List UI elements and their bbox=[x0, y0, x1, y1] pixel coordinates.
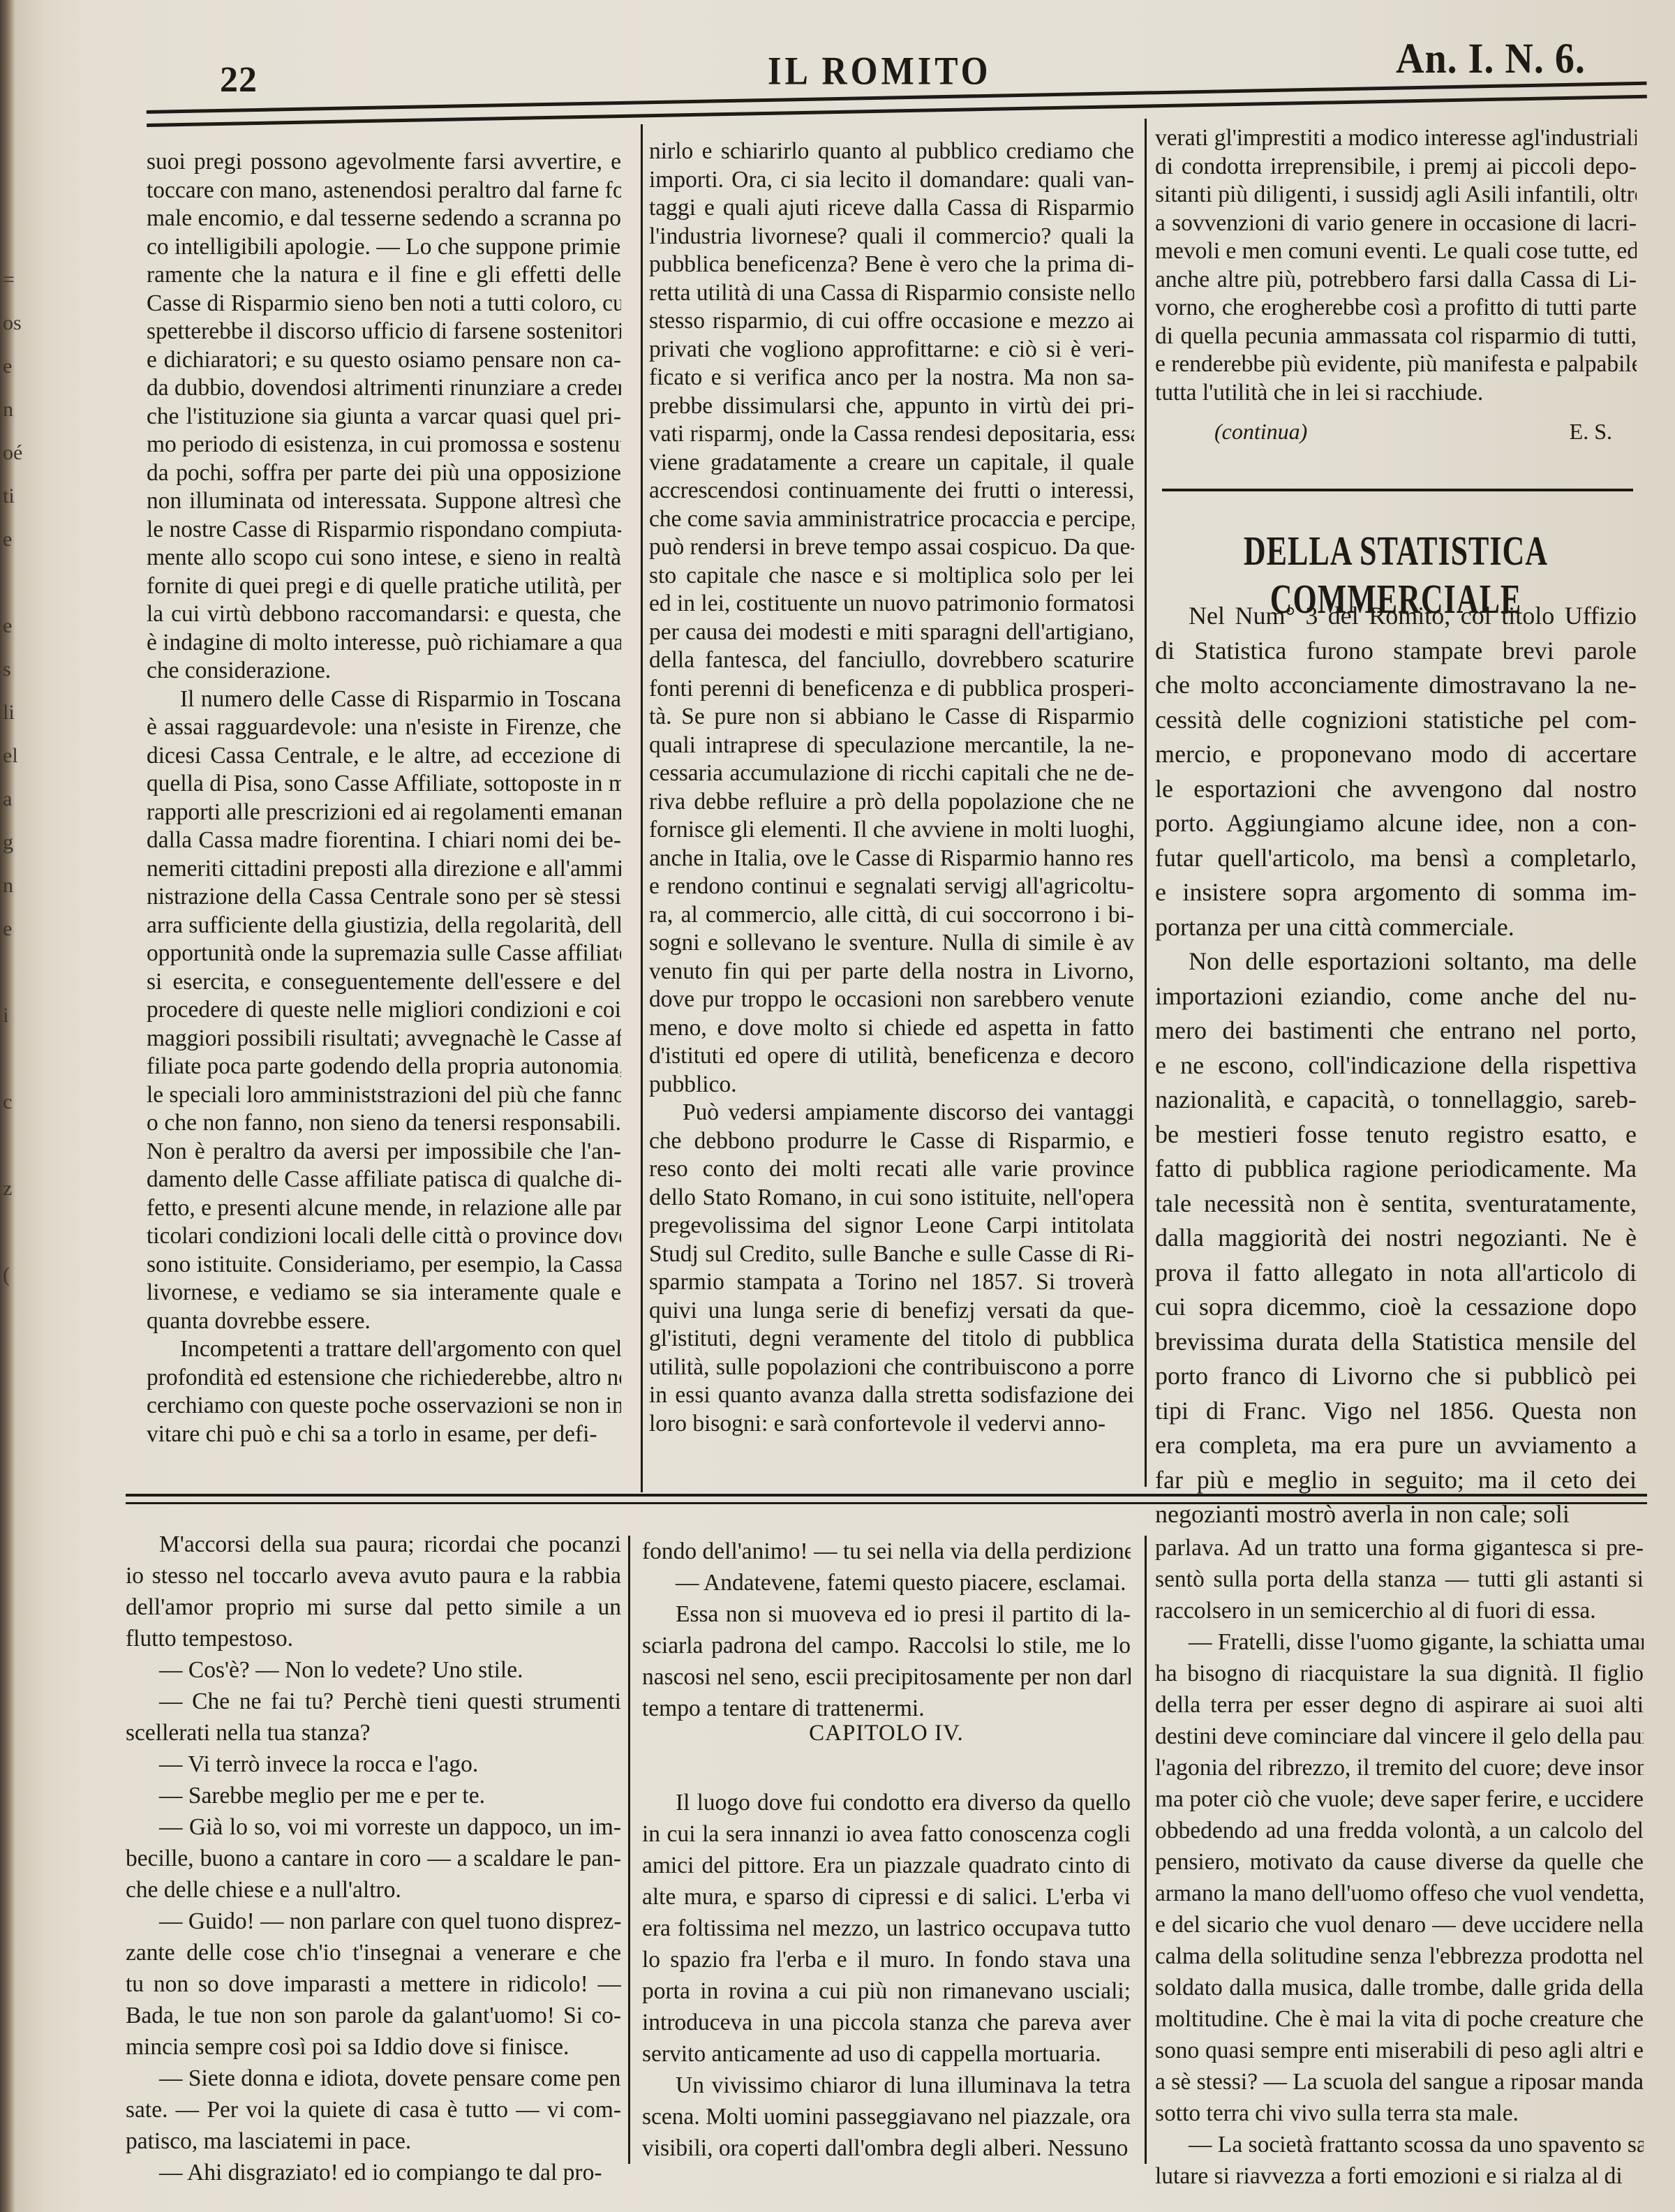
text-line: pubblica beneficenza? Bene è vero che la… bbox=[649, 251, 1134, 279]
text-line: viene gradatamente a creare un capitale,… bbox=[649, 449, 1134, 477]
text-line: rapporti alle prescrizioni ed ai regolam… bbox=[147, 799, 621, 827]
text-line: sotto terra chi vivo sulla terra sta mal… bbox=[1155, 2098, 1644, 2129]
text-line: che molto acconciamente dimostravano la … bbox=[1155, 668, 1637, 703]
text-line: ha bisogno di riacquistare la sua dignit… bbox=[1155, 1658, 1644, 1689]
text-line: damento delle Casse affiliate patisca di… bbox=[147, 1166, 621, 1194]
text-line: portanza per una città commerciale. bbox=[1155, 910, 1637, 945]
feuilleton-column-3: parlava. Ad un tratto una forma gigantes… bbox=[1155, 1532, 1644, 2192]
article-casse-column-1: suoi pregi possono agevolmente farsi avv… bbox=[147, 148, 621, 1448]
text-line: anche in Italia, ove le Casse di Risparm… bbox=[649, 845, 1134, 873]
text-line: mincia sempre così poi sa Iddio dove si … bbox=[126, 2031, 621, 2063]
adjacent-page-fragment: n bbox=[3, 388, 31, 431]
text-line: la cui virtù debbono raccomandarsi: e qu… bbox=[147, 600, 621, 629]
text-line: reso conto dei molti recati alle varie p… bbox=[649, 1155, 1134, 1184]
text-line: tà. Se pure non si abbiano le Casse di R… bbox=[649, 703, 1134, 732]
text-line: fornite di quei pregi e di quelle pratic… bbox=[147, 572, 621, 601]
text-line: d'istituti ed opere di utilità, benefice… bbox=[649, 1042, 1134, 1071]
adjacent-page-fragment bbox=[3, 561, 31, 604]
text-line: verati gl'imprestiti a modico interesse … bbox=[1155, 124, 1637, 153]
text-line: a sè stessi? — La scuola del sangue a ri… bbox=[1155, 2066, 1644, 2098]
text-line: e del sicario che vuol denaro — deve ucc… bbox=[1155, 1909, 1644, 1940]
adjacent-page-fragment: e bbox=[3, 604, 31, 648]
text-line: dalla maggiorità dei nostri negozianti. … bbox=[1155, 1221, 1637, 1256]
text-line: che come savia amministratrice procaccia… bbox=[649, 505, 1134, 534]
text-line: zante delle cose ch'io t'insegnai a vene… bbox=[126, 1937, 621, 1968]
text-line: quanta dovrebbe essere. bbox=[147, 1307, 621, 1336]
text-line: patisco, ma lasciatemi in pace. bbox=[126, 2125, 621, 2157]
text-line: stesso risparmio, di cui offre occasione… bbox=[649, 307, 1134, 336]
article-casse-column-3: verati gl'imprestiti a modico interesse … bbox=[1155, 124, 1637, 407]
text-line: le nostre Casse di Risparmio rispondano … bbox=[147, 516, 621, 544]
text-line: nascosi nel seno, escii precipitosamente… bbox=[642, 1661, 1131, 1693]
text-line: sparmio stampata a Torino nel 1857. Si t… bbox=[649, 1268, 1134, 1297]
chapter-title: CAPITOLO IV. bbox=[642, 1721, 1131, 1746]
adjacent-page-fragment bbox=[3, 1037, 31, 1081]
text-line: raccolsero in un semicerchio al di fuori… bbox=[1155, 1595, 1644, 1626]
text-line: — La società frattanto scossa da uno spa… bbox=[1155, 2129, 1644, 2160]
adjacent-page-fragment: i bbox=[3, 994, 31, 1037]
text-line: Non delle esportazioni soltanto, ma dell… bbox=[1155, 944, 1637, 979]
text-line: soldato dalla musica, dalle trombe, dall… bbox=[1155, 1972, 1644, 2003]
text-line: tutta l'utilità che in lei si racchiude. bbox=[1155, 379, 1637, 408]
text-line: vitare chi può e chi sa a torlo in esame… bbox=[147, 1420, 621, 1449]
text-line: pubblico. bbox=[649, 1071, 1134, 1099]
text-line: Il numero delle Casse di Risparmio in To… bbox=[147, 685, 621, 714]
text-line: porto. Aggiungiamo alcune idee, non a co… bbox=[1155, 806, 1637, 841]
text-line: — Siete donna e idiota, dovete pensare c… bbox=[126, 2063, 621, 2094]
text-line: si esercita, e conseguentemente dell'ess… bbox=[147, 968, 621, 997]
text-line: sono istituite. Consideriamo, per esempi… bbox=[147, 1251, 621, 1279]
adjacent-page-fragment: n bbox=[3, 864, 31, 907]
text-line: è assai ragguardevole: una n'esiste in F… bbox=[147, 713, 621, 742]
adjacent-page-fragments: =osenoétieeslielagneicz( bbox=[3, 258, 31, 1297]
text-line: da dubbio, dovendosi altrimenti rinunzia… bbox=[147, 374, 621, 403]
text-line: dalla Cassa madre fiorentina. I chiari n… bbox=[147, 826, 621, 855]
text-line: destini deve cominciare dal vincere il g… bbox=[1155, 1721, 1644, 1752]
text-line: Può vedersi ampiamente discorso dei vant… bbox=[649, 1099, 1134, 1127]
text-line: che considerazione. bbox=[147, 657, 621, 685]
text-line: Essa non si muoveva ed io presi il parti… bbox=[642, 1598, 1131, 1630]
text-line: male encomio, e dal tesserne sedendo a s… bbox=[147, 205, 621, 233]
text-line: le esportazioni che avvengono dal nostro bbox=[1155, 772, 1637, 807]
text-line: fornisce gli elementi. Il che avviene in… bbox=[649, 816, 1134, 845]
text-line: tu non so dove imparasti a mettere in ri… bbox=[126, 1968, 621, 2000]
text-line: a sovvenzioni di vario genere in occasio… bbox=[1155, 209, 1637, 238]
adjacent-page-fragment: e bbox=[3, 907, 31, 951]
text-line: da pochi, soffra per parte dei più una o… bbox=[147, 459, 621, 488]
adjacent-page-fragment: oé bbox=[3, 431, 31, 475]
text-line: flutto tempestoso. bbox=[126, 1623, 621, 1654]
text-line: scellerati nella tua stanza? bbox=[126, 1717, 621, 1749]
text-line: o che non fanno, non sieno da tenersi re… bbox=[147, 1109, 621, 1138]
adjacent-page-fragment: el bbox=[3, 734, 31, 778]
text-line: Il luogo dove fui condotto era diverso d… bbox=[642, 1787, 1131, 1818]
text-line: era completa, ma era pure un avviamento … bbox=[1155, 1428, 1637, 1463]
text-line: l'industria livornese? quali il commerci… bbox=[649, 223, 1134, 251]
text-line: Studj sul Credito, sulle Banche e sulle … bbox=[649, 1240, 1134, 1269]
text-line: nemeriti cittadini preposti alla direzio… bbox=[147, 855, 621, 884]
text-line: — Che ne fai tu? Perchè tieni questi str… bbox=[126, 1686, 621, 1717]
text-line: loro bisogni: e sarà confortevole il ved… bbox=[649, 1410, 1134, 1439]
text-line: cessità delle cognizioni statistiche pel… bbox=[1155, 703, 1637, 738]
text-line: Nel Num° 3 del Romito, col titolo Uffizi… bbox=[1155, 599, 1637, 634]
text-line: armano la mano dell'uomo offeso che vuol… bbox=[1155, 1878, 1644, 1909]
text-line: arra sufficiente della giustizia, della … bbox=[147, 912, 621, 940]
column-divider bbox=[1145, 1536, 1147, 2164]
adjacent-page-fragment: e bbox=[3, 518, 31, 561]
text-line: sate. — Per voi la quiete di casa è tutt… bbox=[126, 2094, 621, 2125]
text-line: non illuminata od interessata. Suppone a… bbox=[147, 487, 621, 516]
text-line: far più e meglio in seguito; ma il ceto … bbox=[1155, 1463, 1637, 1498]
text-line: è indagine di molto interesse, può richi… bbox=[147, 629, 621, 658]
text-line: in essi quanto avanza dalla stretta sodi… bbox=[649, 1381, 1134, 1410]
text-line: Casse di Risparmio sieno ben noti a tutt… bbox=[147, 290, 621, 318]
text-line: — Vi terrò invece la rocca e l'ago. bbox=[126, 1749, 621, 1780]
text-line: moltitudine. Che è mai la vita di poche … bbox=[1155, 2003, 1644, 2035]
adjacent-page-fragment: = bbox=[3, 258, 31, 302]
text-line: meno, e dove molto si chiede ed aspetta … bbox=[649, 1014, 1134, 1043]
text-line: profondità ed estensione che richiedereb… bbox=[147, 1364, 621, 1393]
text-line: pregevolissima del signor Leone Carpi in… bbox=[649, 1212, 1134, 1240]
text-line: Un vivissimo chiaror di luna illuminava … bbox=[642, 2070, 1131, 2101]
text-line: Incompetenti a trattare dell'argomento c… bbox=[147, 1335, 621, 1364]
text-line: vati risparmj, onde la Cassa rendesi dep… bbox=[649, 420, 1134, 449]
newspaper-page: =osenoétieeslielagneicz( 22 IL ROMITO An… bbox=[0, 0, 1675, 2212]
text-line: privati che vogliono approfittarne: e ci… bbox=[649, 336, 1134, 364]
text-line: ra, al commercio, alle città, di cui soc… bbox=[649, 901, 1134, 930]
text-line: prova il fatto allegato in nota all'arti… bbox=[1155, 1256, 1637, 1291]
text-line: porto franco di Livorno che si pubblicò … bbox=[1155, 1359, 1637, 1394]
text-line: importazioni eziandio, come anche del nu… bbox=[1155, 979, 1637, 1014]
text-line: quali intraprese di speculazione mercant… bbox=[649, 732, 1134, 760]
text-line: mo periodo di esistenza, in cui promossa… bbox=[147, 431, 621, 459]
text-line: per causa dei modesti e miti sparagni de… bbox=[649, 618, 1134, 647]
text-line: cerchiamo con queste poche osservazioni … bbox=[147, 1392, 621, 1420]
adjacent-page-fragment bbox=[3, 1210, 31, 1254]
text-line: sono quasi sempre enti miserabili di pes… bbox=[1155, 2035, 1644, 2066]
adjacent-page-fragment: s bbox=[3, 648, 31, 691]
text-line: opportunità onde la supremazia sulle Cas… bbox=[147, 940, 621, 968]
text-line: fatto di pubblica ragione periodicamente… bbox=[1155, 1152, 1637, 1187]
text-line: ticolari condizioni locali delle città o… bbox=[147, 1222, 621, 1251]
masthead-title: IL ROMITO bbox=[768, 47, 992, 94]
text-line: taggi e quali ajuti riceve dalla Cassa d… bbox=[649, 194, 1134, 223]
article-signoff: (continua) E. S. bbox=[1214, 419, 1626, 445]
text-line: anche altre più, potrebbero farsi dalla … bbox=[1155, 266, 1637, 295]
text-line: alte mura, e sparso di cipressi e di sal… bbox=[642, 1881, 1131, 1913]
text-line: parlava. Ad un tratto una forma gigantes… bbox=[1155, 1532, 1644, 1564]
adjacent-page-fragment: a bbox=[3, 778, 31, 821]
text-line: mero dei bastimenti che entrano nel port… bbox=[1155, 1014, 1637, 1048]
text-line: gl'istituti, degni veramente del titolo … bbox=[649, 1325, 1134, 1353]
text-line: — Fratelli, disse l'uomo gigante, la sch… bbox=[1155, 1626, 1644, 1658]
adjacent-page-fragment bbox=[3, 951, 31, 994]
text-line: lutare si riavvezza a forti emozioni e s… bbox=[1155, 2160, 1644, 2192]
column-divider bbox=[1145, 119, 1147, 1487]
issue-number: An. I. N. 6. bbox=[1396, 34, 1586, 83]
text-line: prebbe dissimularsi che, appunto in virt… bbox=[649, 392, 1134, 421]
text-line: sentò sulla porta della stanza — tutti g… bbox=[1155, 1564, 1644, 1595]
text-line: fetto, e presenti alcune mende, in relaz… bbox=[147, 1194, 621, 1223]
text-line: servito anticamente ad uso di cappella m… bbox=[642, 2038, 1131, 2070]
text-line: Non è peraltro da aversi per impossibile… bbox=[147, 1138, 621, 1166]
text-line: nazionalità, e capacità, o tonnellaggio,… bbox=[1155, 1083, 1637, 1118]
adjacent-page-fragment: e bbox=[3, 345, 31, 388]
adjacent-page-fragment: c bbox=[3, 1081, 31, 1124]
text-line: mercio, e proponevano modo di accertare bbox=[1155, 737, 1637, 772]
text-line: le speciali loro amministstrazioni del p… bbox=[147, 1081, 621, 1110]
text-line: ramente che la natura e il fine e gli ef… bbox=[147, 261, 621, 290]
text-line: cessaria accumulazione di ricchi capital… bbox=[649, 759, 1134, 788]
text-line: spetterebbe il discorso ufficio di farse… bbox=[147, 318, 621, 346]
text-line: co intelligibili apologie. — Lo che supp… bbox=[147, 233, 621, 262]
text-line: livornese, e vediamo se sia interamente … bbox=[147, 1279, 621, 1307]
text-line: dicesi Cassa Centrale, e le altre, ad ec… bbox=[147, 742, 621, 771]
text-line: Bada, le tue non son parole da galant'uo… bbox=[126, 2000, 621, 2031]
text-line: e dichiaratori; e su questo osiamo pensa… bbox=[147, 346, 621, 375]
text-line: della fantesca, del fanciullo, dovrebber… bbox=[649, 646, 1134, 675]
text-line: amici del pittore. Era un piazzale quadr… bbox=[642, 1850, 1131, 1881]
text-line: quella di Pisa, sono Casse Affiliate, so… bbox=[147, 770, 621, 799]
adjacent-page-fragment: os bbox=[3, 302, 31, 345]
text-line: vorno, che erogherebbe così a profitto d… bbox=[1155, 294, 1637, 322]
page-number: 22 bbox=[220, 59, 258, 101]
text-line: suoi pregi possono agevolmente farsi avv… bbox=[147, 148, 621, 177]
text-line: lo spazio fra l'erba e il muro. In fondo… bbox=[642, 1944, 1131, 1975]
text-line: — Già lo so, voi mi vorreste un dappoco,… bbox=[126, 1811, 621, 1843]
text-line: quivi una lunga serie di benefizj versat… bbox=[649, 1297, 1134, 1326]
feuilleton-column-1: M'accorsi della sua paura; ricordai che … bbox=[126, 1529, 621, 2188]
text-line: cui sopra dicemmo, cioè la cessazione do… bbox=[1155, 1290, 1637, 1325]
text-line: sogni e sollevano le sventure. Nulla di … bbox=[649, 929, 1134, 958]
adjacent-page-fragment: ( bbox=[3, 1254, 31, 1297]
feuilleton-column-2-after: Il luogo dove fui condotto era diverso d… bbox=[642, 1787, 1131, 2164]
text-line: sitanti più diligenti, i sussidj agli As… bbox=[1155, 181, 1637, 209]
text-line: tempo a tentare di trattenermi. bbox=[642, 1693, 1131, 1724]
column-divider bbox=[641, 124, 643, 1492]
article-statistica-body: Nel Num° 3 del Romito, col titolo Uffizi… bbox=[1155, 599, 1637, 1532]
text-line: e insistere sopra argomento di somma im- bbox=[1155, 875, 1637, 910]
text-line: ed in lei, costituente un nuovo patrimon… bbox=[649, 590, 1134, 618]
text-line: — Andatevene, fatemi questo piacere, esc… bbox=[642, 1567, 1131, 1598]
text-line: — Sarebbe meglio per me e per te. bbox=[126, 1780, 621, 1811]
text-line: della terra per esser degno di aspirare … bbox=[1155, 1689, 1644, 1721]
text-line: maggiori possibili risultati; avvegnachè… bbox=[147, 1025, 621, 1053]
author-initials: E. S. bbox=[1570, 419, 1612, 445]
feuilleton-column-2-before: fondo dell'animo! — tu sei nella via del… bbox=[642, 1536, 1131, 1724]
text-line: ma poter ciò che vuole; deve saper ferir… bbox=[1155, 1783, 1644, 1815]
text-line: dove pur troppo le occasioni non sarebbe… bbox=[649, 986, 1134, 1014]
text-line: pensiero, motivato da cause diverse da q… bbox=[1155, 1846, 1644, 1878]
column-divider bbox=[628, 1536, 630, 2164]
text-line: visibili, ora coperti dall'ombra degli a… bbox=[642, 2132, 1131, 2164]
text-line: utilità, sulle popolazioni che contribui… bbox=[649, 1353, 1134, 1382]
text-line: importi. Ora, ci sia lecito il domandare… bbox=[649, 166, 1134, 195]
text-line: era foltissima nel mezzo, un lastrico oc… bbox=[642, 1913, 1131, 1944]
text-line: fondo dell'animo! — tu sei nella via del… bbox=[642, 1536, 1131, 1567]
text-line: scena. Molti uomini passeggiavano nel pi… bbox=[642, 2101, 1131, 2132]
text-line: può rendersi in breve tempo assai cospic… bbox=[649, 533, 1134, 562]
adjacent-page-fragment bbox=[3, 1124, 31, 1167]
text-line: futar quell'articolo, ma bensì a complet… bbox=[1155, 841, 1637, 876]
text-line: becille, buono a cantare in coro — a sca… bbox=[126, 1843, 621, 1874]
text-line: nistrazione della Cassa Centrale sono pe… bbox=[147, 883, 621, 912]
article-end-rule bbox=[1162, 489, 1633, 491]
text-line: introduceva in una piccola stanza che pa… bbox=[642, 2007, 1131, 2038]
text-line: retta utilità di una Cassa di Risparmio … bbox=[649, 279, 1134, 308]
continued-label: (continua) bbox=[1214, 419, 1307, 444]
text-line: sciarla padrona del campo. Raccolsi lo s… bbox=[642, 1630, 1131, 1661]
text-line: tipi di Franc. Vigo nel 1856. Questa non bbox=[1155, 1394, 1637, 1429]
text-line: obbedendo ad una fredda volontà, a un ca… bbox=[1155, 1815, 1644, 1846]
adjacent-page-fragment: z bbox=[3, 1167, 31, 1210]
adjacent-page-fragment: ti bbox=[3, 475, 31, 518]
text-line: filiate poca parte godendo della propria… bbox=[147, 1053, 621, 1081]
text-line: fonti perenni di beneficenza e di pubbli… bbox=[649, 675, 1134, 704]
adjacent-page-edge: =osenoétieeslielagneicz( bbox=[0, 0, 43, 2212]
text-line: sto capitale che nasce e si moltiplica s… bbox=[649, 562, 1134, 591]
text-line: procedere di queste nelle migliori condi… bbox=[147, 996, 621, 1025]
text-line: calma della solitudine senza l'ebbrezza … bbox=[1155, 1940, 1644, 1972]
feuilleton-separator bbox=[126, 1494, 1647, 1504]
text-line: — Guido! — non parlare con quel tuono di… bbox=[126, 1906, 621, 1937]
text-line: — Ahi disgraziato! ed io compiango te da… bbox=[126, 2157, 621, 2188]
text-line: tale necessità non è sentita, sventurata… bbox=[1155, 1187, 1637, 1222]
text-line: mente allo scopo cui sono intese, e sien… bbox=[147, 544, 621, 572]
text-line: di Statistica furono stampate brevi paro… bbox=[1155, 634, 1637, 669]
text-line: riva debbe refluire a prò della popolazi… bbox=[649, 788, 1134, 817]
text-line: dell'amor proprio mi surse dal petto sim… bbox=[126, 1591, 621, 1623]
text-line: mevoli e men comuni eventi. Le quali cos… bbox=[1155, 237, 1637, 266]
text-line: accrescendosi continuamente dei frutti o… bbox=[649, 477, 1134, 505]
text-line: ficato e si verifica anco per la nostra.… bbox=[649, 364, 1134, 392]
text-line: venuto fin qui per parte della nostra in… bbox=[649, 958, 1134, 986]
text-line: io stesso nel toccarlo aveva avuto paura… bbox=[126, 1560, 621, 1591]
text-line: che l'istituzione sia giunta a varcar qu… bbox=[147, 403, 621, 431]
text-line: e renderebbe più evidente, più manifesta… bbox=[1155, 350, 1637, 379]
text-line: porta in rovina a cui più non rimanevano… bbox=[642, 1975, 1131, 2007]
text-line: che debbono produrre le Casse di Risparm… bbox=[649, 1127, 1134, 1156]
text-line: e ne escono, coll'indicazione della risp… bbox=[1155, 1048, 1637, 1083]
text-line: nirlo e schiarirlo quanto al pubblico cr… bbox=[649, 138, 1134, 166]
text-line: — Cos'è? — Non lo vedete? Uno stile. bbox=[126, 1654, 621, 1686]
text-line: di quella pecunia ammassata col risparmi… bbox=[1155, 322, 1637, 351]
text-line: brevissima durata della Statistica mensi… bbox=[1155, 1325, 1637, 1360]
text-line: dello Stato Romano, in cui sono istituit… bbox=[649, 1184, 1134, 1212]
text-line: che delle chiese e a null'altro. bbox=[126, 1874, 621, 1906]
adjacent-page-fragment: li bbox=[3, 691, 31, 734]
text-line: di condotta irreprensibile, i premj ai p… bbox=[1155, 153, 1637, 181]
text-line: l'agonia del ribrezzo, il tremito del cu… bbox=[1155, 1752, 1644, 1783]
text-line: be mestieri fosse tenuto registro esatto… bbox=[1155, 1118, 1637, 1152]
text-line: M'accorsi della sua paura; ricordai che … bbox=[126, 1529, 621, 1560]
text-line: toccare con mano, astenendosi peraltro d… bbox=[147, 177, 621, 205]
text-line: e rendono continui e segnalati servigj a… bbox=[649, 873, 1134, 901]
text-line: in cui la sera innanzi io avea fatto con… bbox=[642, 1818, 1131, 1850]
article-casse-column-2: nirlo e schiarirlo quanto al pubblico cr… bbox=[649, 138, 1134, 1438]
adjacent-page-fragment: g bbox=[3, 821, 31, 864]
